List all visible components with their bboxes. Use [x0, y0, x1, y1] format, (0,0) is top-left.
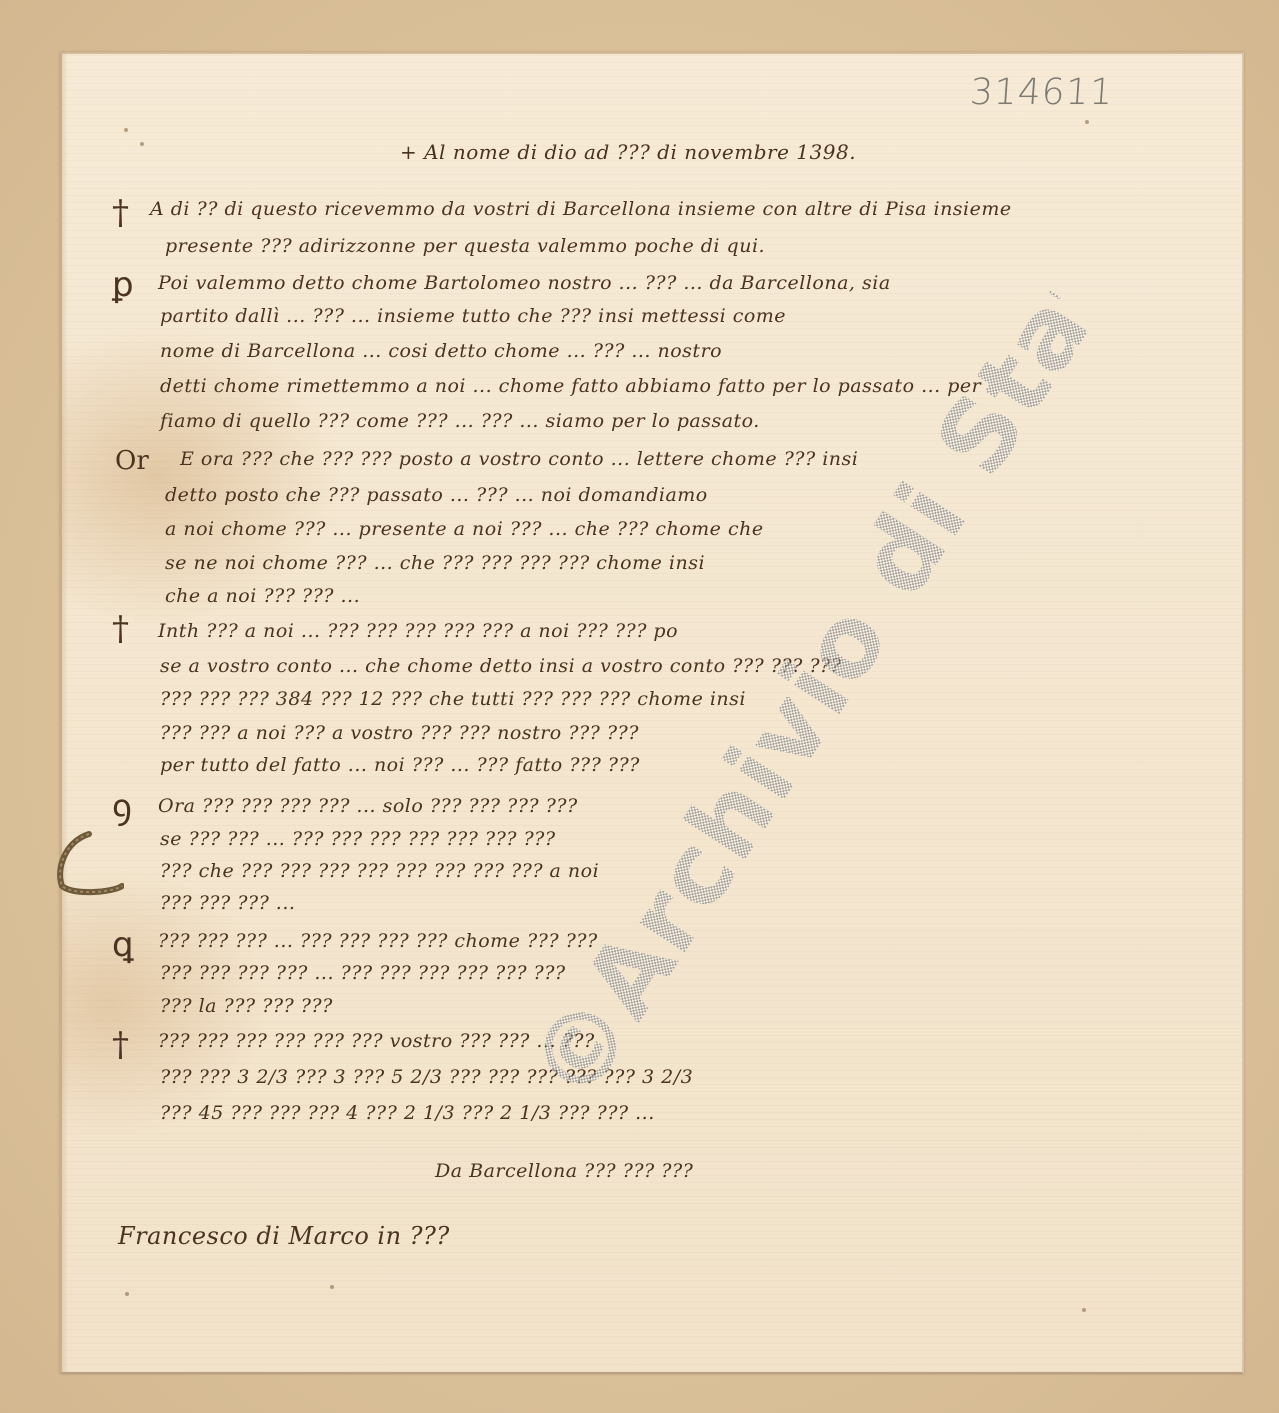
- text-line: ??? ??? ??? ... ??? ??? ??? ??? chome ??…: [158, 930, 598, 952]
- paragraph-marker: †: [112, 612, 129, 646]
- closing-line: Da Barcellona ??? ??? ???: [435, 1160, 693, 1182]
- binding-cord-icon: [34, 830, 124, 900]
- text-line: che a noi ??? ??? ...: [165, 585, 360, 607]
- text-line: Poi valemmo detto chome Bartolomeo nostr…: [158, 272, 891, 294]
- signature: Francesco di Marco in ???: [118, 1222, 450, 1250]
- paper-speck: [125, 1292, 129, 1296]
- text-line: detti chome rimettemmo a noi ... chome f…: [160, 375, 981, 397]
- text-line: se a vostro conto ... che chome detto in…: [160, 655, 841, 677]
- text-line: ??? ??? 3 2/3 ??? 3 ??? 5 2/3 ??? ??? ??…: [160, 1066, 693, 1088]
- text-line: ??? la ??? ??? ???: [160, 995, 333, 1017]
- text-line: per tutto del fatto ... noi ??? ... ??? …: [160, 754, 640, 776]
- text-line: nome di Barcellona ... cosi detto chome …: [160, 340, 722, 362]
- text-line: a noi chome ??? ... presente a noi ??? .…: [165, 518, 764, 540]
- paragraph-marker: ꝑ: [112, 268, 134, 302]
- paper-speck: [330, 1285, 334, 1289]
- paragraph-marker: †: [112, 196, 129, 230]
- text-line: ??? ??? a noi ??? a vostro ??? ??? nostr…: [160, 722, 639, 744]
- archive-number: 314611: [969, 72, 1115, 113]
- text-line: ??? ??? ??? ??? ... ??? ??? ??? ??? ??? …: [160, 962, 566, 984]
- paragraph-marker: ꝗ: [112, 928, 134, 962]
- text-line: partito dallì ... ??? ... insieme tutto …: [160, 305, 786, 327]
- text-line: E ora ??? che ??? ??? posto a vostro con…: [180, 448, 858, 470]
- text-line: ??? che ??? ??? ??? ??? ??? ??? ??? ??? …: [160, 860, 599, 882]
- text-line: Ora ??? ??? ??? ??? ... solo ??? ??? ???…: [158, 795, 578, 817]
- text-line: Inth ??? a noi ... ??? ??? ??? ??? ??? a…: [158, 620, 678, 642]
- text-line: se ??? ??? ... ??? ??? ??? ??? ??? ??? ?…: [160, 828, 556, 850]
- letter-heading: + Al nome di dio ad ??? di novembre 1398…: [400, 140, 856, 164]
- paper-speck: [124, 128, 128, 132]
- paragraph-marker: †: [112, 1028, 129, 1062]
- text-line: ??? ??? ??? 384 ??? 12 ??? che tutti ???…: [160, 688, 746, 710]
- paper-speck: [140, 142, 144, 146]
- paragraph-marker: Or: [115, 448, 149, 474]
- paper-speck: [1085, 120, 1089, 124]
- paragraph-marker: ꝯ: [112, 790, 132, 824]
- text-line: ??? 45 ??? ??? ??? 4 ??? 2 1/3 ??? 2 1/3…: [160, 1102, 655, 1124]
- text-line: detto posto che ??? passato ... ??? ... …: [165, 484, 708, 506]
- text-line: fiamo di quello ??? come ??? ... ??? ...…: [160, 410, 760, 432]
- text-line: presente ??? adirizzonne per questa vale…: [165, 235, 765, 257]
- text-line: ??? ??? ??? ??? ??? ??? vostro ??? ??? .…: [158, 1030, 595, 1052]
- text-line: se ne noi chome ??? ... che ??? ??? ??? …: [165, 552, 705, 574]
- paper-speck: [1082, 1308, 1086, 1312]
- text-line: ??? ??? ??? ...: [160, 892, 295, 914]
- text-line: A di ?? di questo ricevemmo da vostri di…: [150, 198, 1012, 220]
